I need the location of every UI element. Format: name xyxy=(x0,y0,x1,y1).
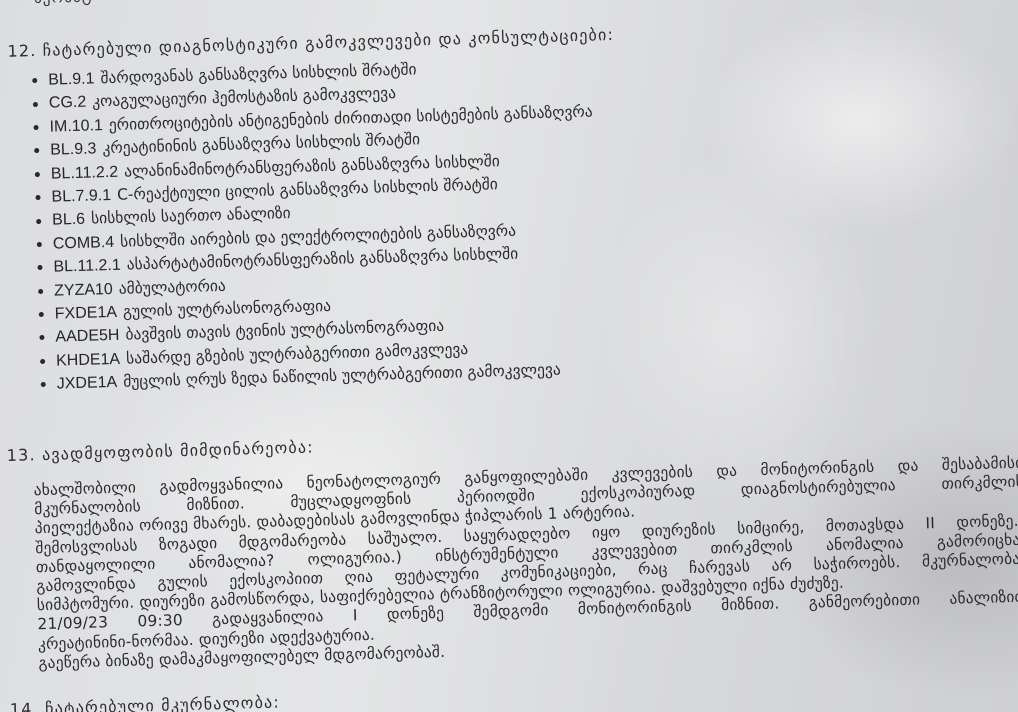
bullet-icon xyxy=(35,195,40,200)
section-14-heading: 14. ჩატარებული მკურნალობა: xyxy=(10,692,281,712)
service-code: BL.11.2.1 xyxy=(53,254,121,279)
bullet-icon xyxy=(32,78,37,83)
service-code: KHDE1A xyxy=(56,347,121,372)
service-code: BL.9.3 xyxy=(50,138,97,163)
bullet-icon xyxy=(35,172,40,177)
service-code: BL.7.9.1 xyxy=(51,184,111,209)
bullet-icon xyxy=(38,289,43,294)
service-code: JXDE1A xyxy=(56,371,117,396)
service-code: AADE5H xyxy=(55,324,120,349)
service-code: BL.9.1 xyxy=(48,67,95,92)
service-code: CG.2 xyxy=(49,91,87,115)
bullet-icon xyxy=(37,265,42,270)
cut-off-top-text: ნეონატ xyxy=(34,0,93,7)
bullet-icon xyxy=(40,359,45,364)
bullet-icon xyxy=(39,312,44,317)
document-page: ნეონატ 12. ჩატარებული დიაგნოსტიკური გამო… xyxy=(0,0,1018,712)
bullet-icon xyxy=(33,102,38,107)
service-code: COMB.4 xyxy=(53,231,115,256)
bullet-icon xyxy=(41,382,46,387)
bullet-icon xyxy=(34,148,39,153)
section-13-heading: 13. ავადმყოფობის მიმდინარეობა: xyxy=(6,437,314,465)
bullet-icon xyxy=(36,218,41,223)
service-code: FXDE1A xyxy=(54,301,117,326)
bullet-icon xyxy=(39,335,44,340)
service-code: BL.11.2.2 xyxy=(51,160,119,185)
bullet-icon xyxy=(34,125,39,130)
bullet-icon xyxy=(37,242,42,247)
diagnostic-services-list: BL.9.1შარდოვანას განსაზღვრა სისხლის შრატ… xyxy=(32,54,600,397)
disease-course-paragraph: ახალშობილი გადმოყვანილია ნეონატოლოგიურ გ… xyxy=(33,453,1018,673)
service-code: IM.10.1 xyxy=(49,114,103,139)
service-code: ZYZA10 xyxy=(54,277,113,302)
service-description: ამბულატორია xyxy=(118,274,226,300)
service-code: BL.6 xyxy=(52,208,86,232)
